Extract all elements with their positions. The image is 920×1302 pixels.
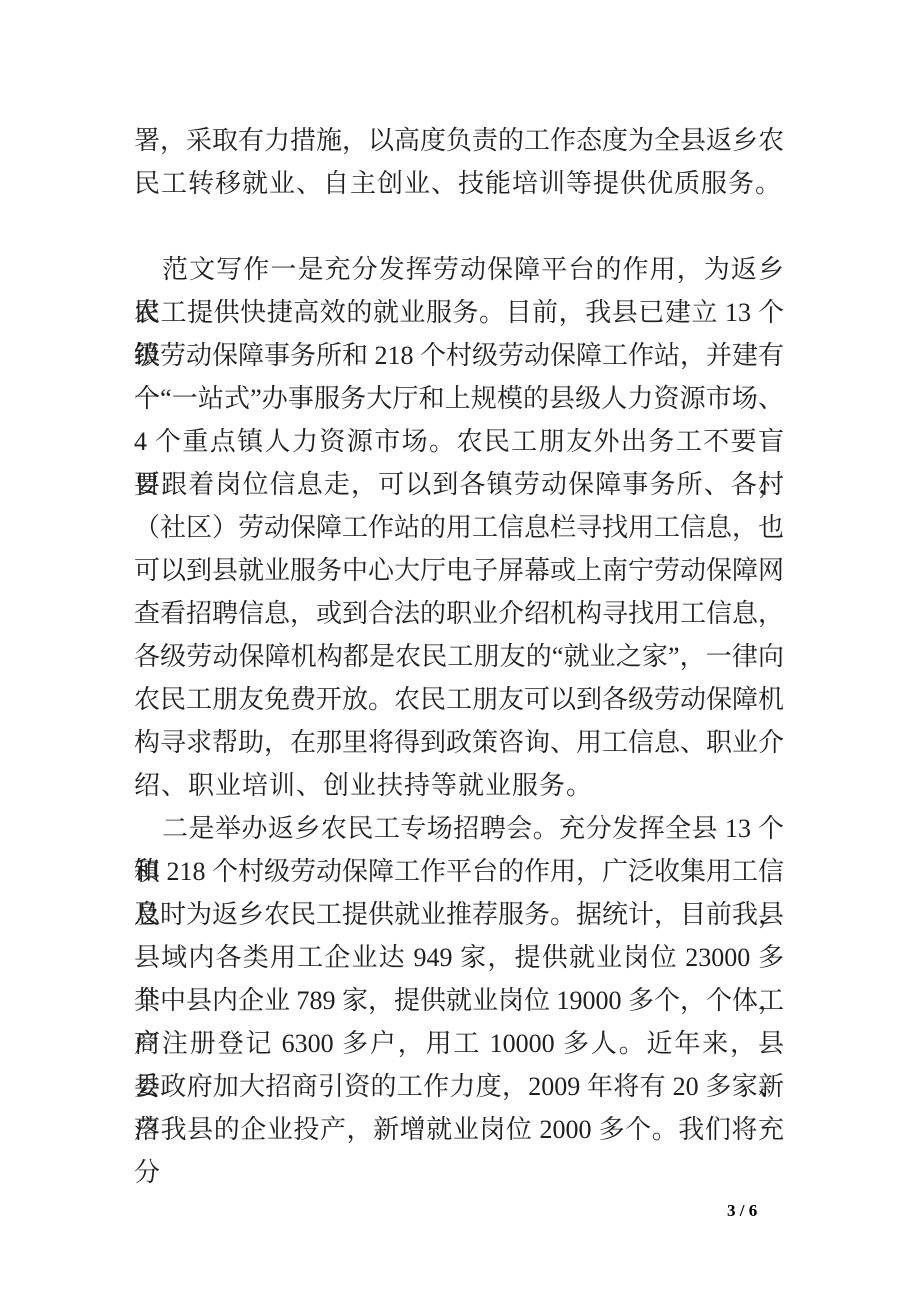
text-line: 级劳动保障事务所和 218 个村级劳动保障工作站，并建有一: [134, 334, 784, 377]
text-line: 署，采取有力措施，以高度负责的工作态度为全县返乡农: [134, 119, 784, 162]
text-line: 和 218 个村级劳动保障工作平台的作用，广泛收集用工信息，: [134, 850, 784, 893]
text-line: 民工提供快捷高效的就业服务。目前，我县已建立 13 个镇: [134, 291, 784, 334]
document-page: 署，采取有力措施，以高度负责的工作态度为全县返乡农民工转移就业、自主创业、技能培…: [0, 0, 920, 1302]
text-line: 农民工朋友免费开放。农民工朋友可以到各级劳动保障机: [134, 678, 784, 721]
document-text-block: 署，采取有力措施，以高度负责的工作态度为全县返乡农民工转移就业、自主创业、技能培…: [134, 119, 784, 1151]
text-line: 4 个重点镇人力资源市场。农民工朋友外出务工不要盲目，: [134, 420, 784, 463]
text-line: 个“一站式”办事服务大厅和上规模的县级人力资源市场、: [134, 377, 784, 420]
text-line: 绍、职业培训、创业扶持等就业服务。: [134, 764, 784, 807]
text-line: （社区）劳动保障工作站的用工信息栏寻找用工信息，也: [134, 506, 784, 549]
blank-line: [134, 205, 784, 248]
text-line: 县政府加大招商引资的工作力度，2009 年将有 20 多家新落: [134, 1065, 784, 1108]
text-line: 二是举办返乡农民工专场招聘会。充分发挥全县 13 个镇: [134, 807, 784, 850]
text-line: 户注册登记 6300 多户，用工 10000 多人。近年来，县委、: [134, 1022, 784, 1065]
text-line: 查看招聘信息，或到合法的职业介绍机构寻找用工信息，: [134, 592, 784, 635]
page-number: 3 / 6: [727, 1200, 757, 1222]
text-line: 构寻求帮助，在那里将得到政策咨询、用工信息、职业介: [134, 721, 784, 764]
text-line: 其中县内企业 789 家，提供就业岗位 19000 多个，个体工商: [134, 979, 784, 1022]
text-line: 可以到县就业服务中心大厅电子屏幕或上南宁劳动保障网: [134, 549, 784, 592]
text-line: 民工转移就业、自主创业、技能培训等提供优质服务。: [134, 162, 784, 205]
text-line: 要跟着岗位信息走，可以到各镇劳动保障事务所、各村: [134, 463, 784, 506]
text-line: 各级劳动保障机构都是农民工朋友的“就业之家”，一律向: [134, 635, 784, 678]
text-line: 及时为返乡农民工提供就业推荐服务。据统计，目前我县: [134, 893, 784, 936]
text-line: 户我县的企业投产，新增就业岗位 2000 多个。我们将充分: [134, 1108, 784, 1151]
text-line: 县域内各类用工企业达 949 家，提供就业岗位 23000 多个，: [134, 936, 784, 979]
text-line: 范文写作一是充分发挥劳动保障平台的作用，为返乡农: [134, 248, 784, 291]
